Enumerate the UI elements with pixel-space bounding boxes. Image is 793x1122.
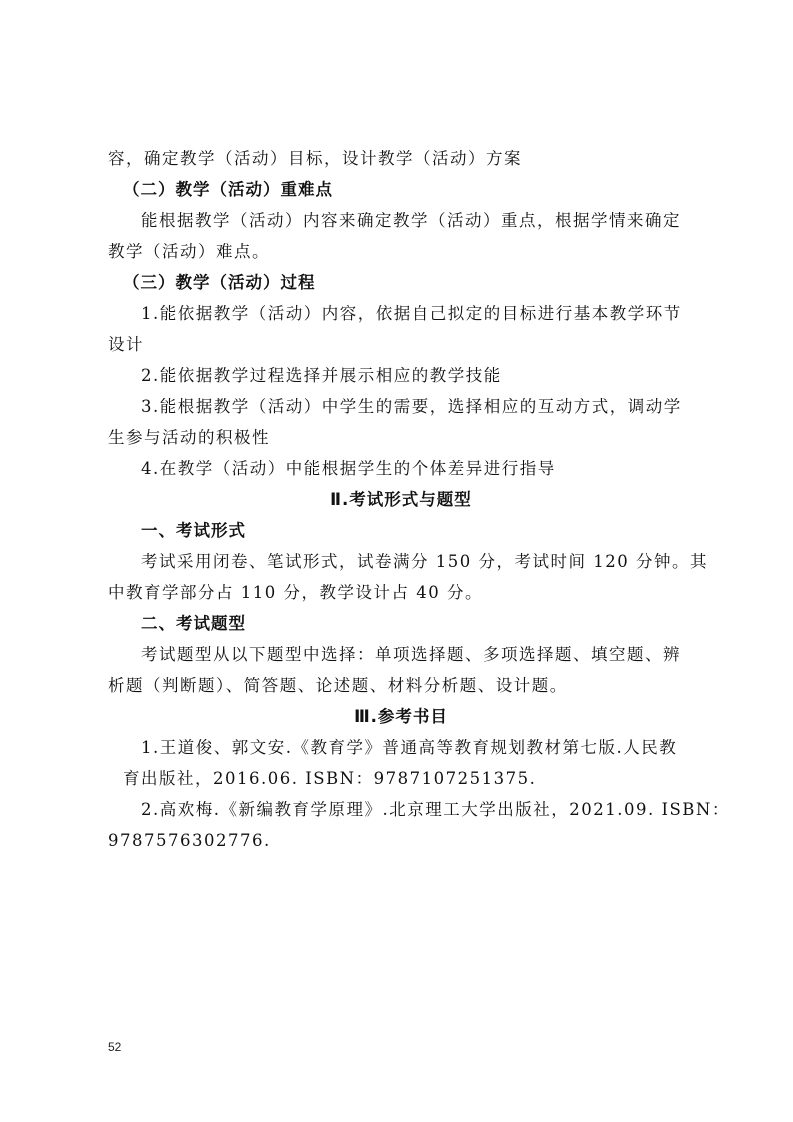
paragraph-continuation: 容，确定教学（活动）目标，设计教学（活动）方案 <box>108 143 694 174</box>
list-item-3-cont: 生参与活动的积极性 <box>108 422 694 453</box>
list-item-1: 1.能依据教学（活动）内容，依据自己拟定的目标进行基本教学环节 <box>108 298 694 329</box>
list-item-2: 2.能依据教学过程选择并展示相应的教学技能 <box>108 360 694 391</box>
paragraph-line: 考试采用闭卷、笔试形式，试卷满分 150 分，考试时间 120 分钟。其 <box>108 546 694 577</box>
heading-question-types: 二、考试题型 <box>108 608 694 639</box>
reference-item-1: 1.王道俊、郭文安.《教育学》普通高等教育规划教材第七版.人民教 <box>108 732 694 763</box>
reference-item-2-cont: 9787576302776. <box>108 825 694 856</box>
list-item-1-cont: 设计 <box>108 329 694 360</box>
heading-exam-form: 一、考试形式 <box>108 515 694 546</box>
section-title-references: Ⅲ.参考书目 <box>108 701 694 732</box>
paragraph-line: 中教育学部分占 110 分，教学设计占 40 分。 <box>108 577 694 608</box>
subheading-key-difficult-points: （二）教学（活动）重难点 <box>108 174 694 205</box>
section-title-exam-format: Ⅱ.考试形式与题型 <box>108 484 694 515</box>
reference-item-2: 2.高欢梅.《新编教育学原理》.北京理工大学出版社，2021.09. ISBN： <box>108 794 694 825</box>
paragraph-line: 考试题型从以下题型中选择：单项选择题、多项选择题、填空题、辨 <box>108 639 694 670</box>
document-page: 容，确定教学（活动）目标，设计教学（活动）方案 （二）教学（活动）重难点 能根据… <box>108 143 694 856</box>
paragraph-line: 教学（活动）难点。 <box>108 236 694 267</box>
paragraph-line: 析题（判断题）、简答题、论述题、材料分析题、设计题。 <box>108 670 694 701</box>
page-number: 52 <box>108 1040 121 1054</box>
subheading-teaching-process: （三）教学（活动）过程 <box>108 267 694 298</box>
list-item-4: 4.在教学（活动）中能根据学生的个体差异进行指导 <box>108 453 694 484</box>
reference-item-1-cont: 育出版社，2016.06. ISBN：9787107251375. <box>108 763 694 794</box>
paragraph-line: 能根据教学（活动）内容来确定教学（活动）重点，根据学情来确定 <box>108 205 694 236</box>
list-item-3: 3.能根据教学（活动）中学生的需要，选择相应的互动方式，调动学 <box>108 391 694 422</box>
